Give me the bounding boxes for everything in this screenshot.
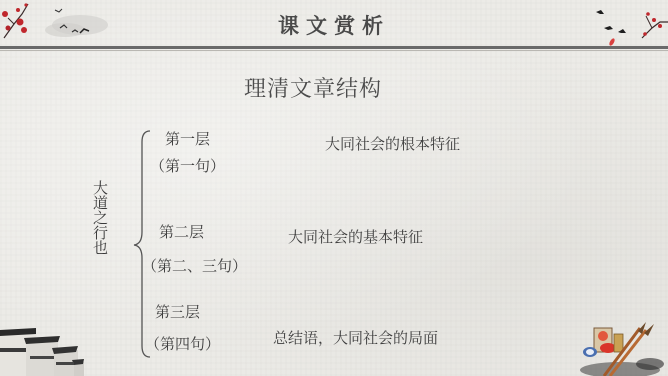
structure-root-label: 大道之行也 xyxy=(86,180,108,255)
layer-2-sentences: （第二、三句） xyxy=(142,255,247,276)
header-title: 课文赏析 xyxy=(0,10,668,40)
layer-3-sentences: （第四句） xyxy=(145,333,220,354)
layer-3-label: 第三层 xyxy=(155,301,200,322)
layer-1-label: 第一层 xyxy=(165,128,210,149)
header-divider-thin xyxy=(0,50,668,51)
layer-3-summary: 总结语，大同社会的局面 xyxy=(273,327,438,348)
layer-2-label: 第二层 xyxy=(159,221,204,242)
architecture-decoration xyxy=(0,318,90,376)
layer-2-summary: 大同社会的基本特征 xyxy=(288,226,423,247)
calligraphy-tools-decoration xyxy=(570,318,668,376)
layer-1-summary: 大同社会的根本特征 xyxy=(325,133,460,154)
layer-1-sentences: （第一句） xyxy=(150,155,225,176)
section-subtitle: 理清文章结构 xyxy=(244,72,382,103)
header-divider xyxy=(0,46,668,49)
